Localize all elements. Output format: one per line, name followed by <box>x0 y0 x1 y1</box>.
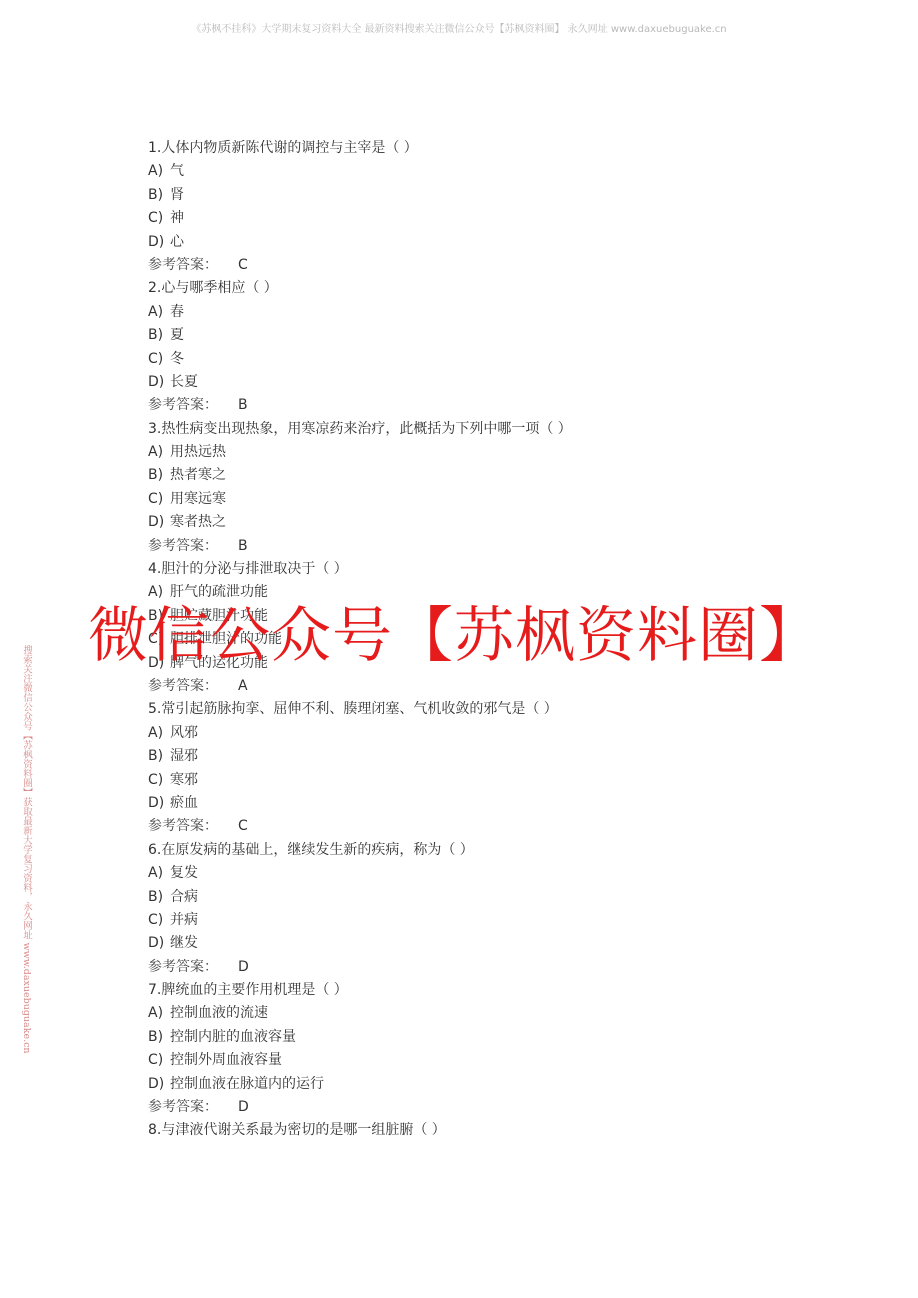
question-block: 3.热性病变出现热象，用寒凉药来治疗，此概括为下列中哪一项（ ）A)用热远热B)… <box>148 418 848 558</box>
option-text: 心 <box>170 234 184 250</box>
option-letter: C) <box>148 769 170 792</box>
question-block: 2.心与哪季相应（ ）A)春B)夏C)冬D)长夏参考答案：B <box>148 277 848 417</box>
option-text: 夏 <box>170 327 184 343</box>
option-letter: B) <box>148 324 170 347</box>
option-letter: C) <box>148 1049 170 1072</box>
option-row: D)脾气的运化功能 <box>148 652 848 675</box>
option-row: A)肝气的疏泄功能 <box>148 581 848 604</box>
option-text: 肝气的疏泄功能 <box>170 584 268 600</box>
option-text: 胆贮藏胆汁功能 <box>170 608 268 624</box>
option-letter: D) <box>148 932 170 955</box>
option-letter: C) <box>148 488 170 511</box>
option-row: B)湿邪 <box>148 745 848 768</box>
option-text: 用热远热 <box>170 444 226 460</box>
question-block: 8.与津液代谢关系最为密切的是哪一组脏腑（ ） <box>148 1119 848 1142</box>
option-letter: D) <box>148 1073 170 1096</box>
answer-row: 参考答案：D <box>148 956 848 979</box>
option-letter: A) <box>148 862 170 885</box>
option-text: 继发 <box>170 935 198 951</box>
question-block: 7.脾统血的主要作用机理是（ ）A)控制血液的流速B)控制内脏的血液容量C)控制… <box>148 979 848 1119</box>
answer-row: 参考答案：A <box>148 675 848 698</box>
option-letter: B) <box>148 464 170 487</box>
option-row: B)胆贮藏胆汁功能 <box>148 605 848 628</box>
option-letter: C) <box>148 628 170 651</box>
side-vertical-watermark: 搜索关注微信公众号【苏枫资料圈】获取最新大学复习资料，永久网址 www.daxu… <box>17 645 31 1054</box>
option-text: 神 <box>170 210 184 226</box>
option-text: 肾 <box>170 187 184 203</box>
option-letter: A) <box>148 1002 170 1025</box>
answer-value: B <box>238 538 248 554</box>
option-letter: B) <box>148 886 170 909</box>
option-row: C)控制外周血液容量 <box>148 1049 848 1072</box>
option-text: 气 <box>170 163 184 179</box>
option-text: 控制血液的流速 <box>170 1005 268 1021</box>
option-text: 春 <box>170 304 184 320</box>
answer-value: B <box>238 397 248 413</box>
option-row: B)热者寒之 <box>148 464 848 487</box>
question-stem: 2.心与哪季相应（ ） <box>148 277 848 300</box>
option-row: D)心 <box>148 231 848 254</box>
option-letter: D) <box>148 792 170 815</box>
option-letter: B) <box>148 1026 170 1049</box>
answer-row: 参考答案：C <box>148 815 848 838</box>
question-stem: 8.与津液代谢关系最为密切的是哪一组脏腑（ ） <box>148 1119 848 1142</box>
question-block: 4.胆汁的分泌与排泄取决于（ ）A)肝气的疏泄功能B)胆贮藏胆汁功能C)胆排泄胆… <box>148 558 848 698</box>
answer-row: 参考答案：B <box>148 394 848 417</box>
answer-value: D <box>238 1099 249 1115</box>
option-text: 脾气的运化功能 <box>170 655 268 671</box>
option-letter: A) <box>148 160 170 183</box>
answer-value: A <box>238 678 248 694</box>
option-row: C)寒邪 <box>148 769 848 792</box>
option-row: C)神 <box>148 207 848 230</box>
answer-label: 参考答案： <box>148 815 238 838</box>
question-stem: 3.热性病变出现热象，用寒凉药来治疗，此概括为下列中哪一项（ ） <box>148 418 848 441</box>
option-text: 长夏 <box>170 374 198 390</box>
answer-label: 参考答案： <box>148 254 238 277</box>
option-row: B)夏 <box>148 324 848 347</box>
option-text: 控制外周血液容量 <box>170 1052 282 1068</box>
option-text: 胆排泄胆汁的功能 <box>170 631 282 647</box>
option-row: A)复发 <box>148 862 848 885</box>
option-text: 控制内脏的血液容量 <box>170 1029 296 1045</box>
option-text: 热者寒之 <box>170 467 226 483</box>
option-text: 湿邪 <box>170 748 198 764</box>
option-row: A)气 <box>148 160 848 183</box>
answer-row: 参考答案：C <box>148 254 848 277</box>
option-row: C)冬 <box>148 348 848 371</box>
answer-label: 参考答案： <box>148 675 238 698</box>
option-letter: D) <box>148 511 170 534</box>
question-stem: 5.常引起筋脉拘挛、屈伸不利、腠理闭塞、气机收敛的邪气是（ ） <box>148 698 848 721</box>
question-stem: 1.人体内物质新陈代谢的调控与主宰是（ ） <box>148 137 848 160</box>
option-row: C)胆排泄胆汁的功能 <box>148 628 848 651</box>
answer-label: 参考答案： <box>148 535 238 558</box>
question-stem: 7.脾统血的主要作用机理是（ ） <box>148 979 848 1002</box>
option-letter: D) <box>148 231 170 254</box>
option-row: B)控制内脏的血液容量 <box>148 1026 848 1049</box>
option-row: D)寒者热之 <box>148 511 848 534</box>
option-text: 并病 <box>170 912 198 928</box>
option-row: C)并病 <box>148 909 848 932</box>
option-text: 控制血液在脉道内的运行 <box>170 1076 324 1092</box>
answer-value: C <box>238 818 248 834</box>
answer-label: 参考答案： <box>148 956 238 979</box>
option-letter: B) <box>148 184 170 207</box>
option-letter: C) <box>148 207 170 230</box>
question-block: 1.人体内物质新陈代谢的调控与主宰是（ ）A)气B)肾C)神D)心参考答案：C <box>148 137 848 277</box>
option-letter: A) <box>148 301 170 324</box>
option-row: D)长夏 <box>148 371 848 394</box>
option-row: A)风邪 <box>148 722 848 745</box>
option-row: D)瘀血 <box>148 792 848 815</box>
option-letter: D) <box>148 652 170 675</box>
option-row: C)用寒远寒 <box>148 488 848 511</box>
option-text: 冬 <box>170 351 184 367</box>
page-header-watermark: 《苏枫不挂科》大学期末复习资料大全 最新资料搜索关注微信公众号【苏枫资料圈】 永… <box>0 20 918 35</box>
answer-value: D <box>238 959 249 975</box>
option-letter: D) <box>148 371 170 394</box>
option-letter: B) <box>148 745 170 768</box>
answer-label: 参考答案： <box>148 394 238 417</box>
option-letter: C) <box>148 348 170 371</box>
option-row: A)控制血液的流速 <box>148 1002 848 1025</box>
question-block: 5.常引起筋脉拘挛、屈伸不利、腠理闭塞、气机收敛的邪气是（ ）A)风邪B)湿邪C… <box>148 698 848 838</box>
option-row: A)春 <box>148 301 848 324</box>
question-block: 6.在原发病的基础上，继续发生新的疾病，称为（ ）A)复发B)合病C)并病D)继… <box>148 839 848 979</box>
option-letter: A) <box>148 722 170 745</box>
option-letter: C) <box>148 909 170 932</box>
option-row: D)控制血液在脉道内的运行 <box>148 1073 848 1096</box>
option-row: B)肾 <box>148 184 848 207</box>
option-row: A)用热远热 <box>148 441 848 464</box>
option-text: 合病 <box>170 889 198 905</box>
answer-row: 参考答案：B <box>148 535 848 558</box>
question-list: 1.人体内物质新陈代谢的调控与主宰是（ ）A)气B)肾C)神D)心参考答案：C2… <box>148 137 848 1143</box>
option-row: D)继发 <box>148 932 848 955</box>
option-text: 瘀血 <box>170 795 198 811</box>
option-letter: B) <box>148 605 170 628</box>
option-text: 风邪 <box>170 725 198 741</box>
question-stem: 6.在原发病的基础上，继续发生新的疾病，称为（ ） <box>148 839 848 862</box>
answer-value: C <box>238 257 248 273</box>
option-text: 复发 <box>170 865 198 881</box>
answer-label: 参考答案： <box>148 1096 238 1119</box>
question-stem: 4.胆汁的分泌与排泄取决于（ ） <box>148 558 848 581</box>
option-text: 寒邪 <box>170 772 198 788</box>
option-text: 用寒远寒 <box>170 491 226 507</box>
answer-row: 参考答案：D <box>148 1096 848 1119</box>
option-text: 寒者热之 <box>170 514 226 530</box>
option-row: B)合病 <box>148 886 848 909</box>
option-letter: A) <box>148 581 170 604</box>
option-letter: A) <box>148 441 170 464</box>
